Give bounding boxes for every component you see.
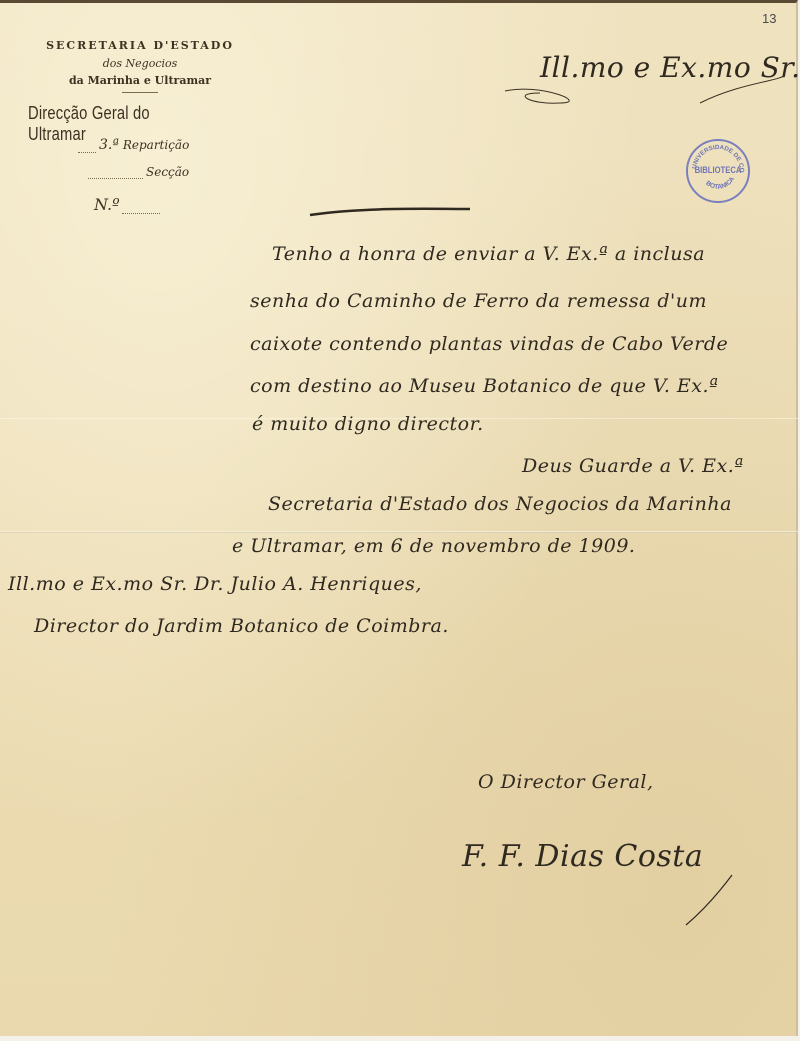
addressee-line: Ill.mo e Ex.mo Sr. Dr. Julio A. Henrique… bbox=[8, 573, 422, 595]
letterhead-ministry: SECRETARIA D'ESTADO bbox=[40, 39, 240, 52]
letterhead-subtitle-2: da Marinha e Ultramar bbox=[40, 74, 240, 87]
library-stamp: UNIVERSIDADE DE COIMBRA BOTANICA BIBLIOT… bbox=[686, 139, 750, 203]
fold-line bbox=[0, 531, 798, 533]
signature-title: O Director Geral, bbox=[478, 771, 654, 793]
signature-name: F. F. Dias Costa bbox=[462, 839, 703, 874]
body-line: é muito digno director. bbox=[252, 413, 484, 435]
stamp-bottom-text: BOTANICA bbox=[704, 176, 736, 191]
seccao-label: Secção bbox=[146, 165, 189, 179]
numero-field: N.º bbox=[94, 195, 163, 214]
place-date-line: Secretaria d'Estado dos Negocios da Mari… bbox=[268, 493, 732, 515]
addressee-line: Director do Jardim Botanico de Coimbra. bbox=[34, 615, 449, 637]
letterhead-divider bbox=[122, 92, 158, 93]
body-line: Tenho a honra de enviar a V. Ex.ª a incl… bbox=[272, 243, 705, 265]
body-line: com destino ao Museu Botanico de que V. … bbox=[250, 375, 719, 397]
flourish-icon bbox=[500, 63, 790, 113]
reparticao-value: 3.ª bbox=[99, 137, 119, 153]
reparticao-label: Repartição bbox=[123, 138, 189, 152]
dotted-leader bbox=[122, 213, 160, 214]
reparticao-field: 3.ª Repartição bbox=[78, 137, 189, 153]
body-line: senha do Caminho de Ferro da remessa d'u… bbox=[250, 290, 707, 312]
seccao-field: Secção bbox=[88, 165, 189, 179]
place-date-line: e Ultramar, em 6 de novembro de 1909. bbox=[232, 535, 635, 557]
stamp-center-text: BIBLIOTECA bbox=[693, 165, 744, 175]
dotted-leader bbox=[88, 178, 143, 179]
flourish-icon bbox=[305, 203, 475, 223]
dotted-leader bbox=[78, 152, 96, 153]
svg-text:BOTANICA: BOTANICA bbox=[704, 176, 736, 191]
letter-page: SECRETARIA D'ESTADO dos Negocios da Mari… bbox=[0, 0, 798, 1036]
page-number: 13 bbox=[762, 11, 776, 26]
closing-line: Deus Guarde a V. Ex.ª bbox=[522, 455, 744, 477]
numero-label: N.º bbox=[94, 195, 120, 214]
signature-flourish-icon bbox=[680, 871, 740, 931]
body-line: caixote contendo plantas vindas de Cabo … bbox=[250, 333, 728, 355]
letterhead-subtitle: dos Negocios bbox=[40, 57, 240, 70]
